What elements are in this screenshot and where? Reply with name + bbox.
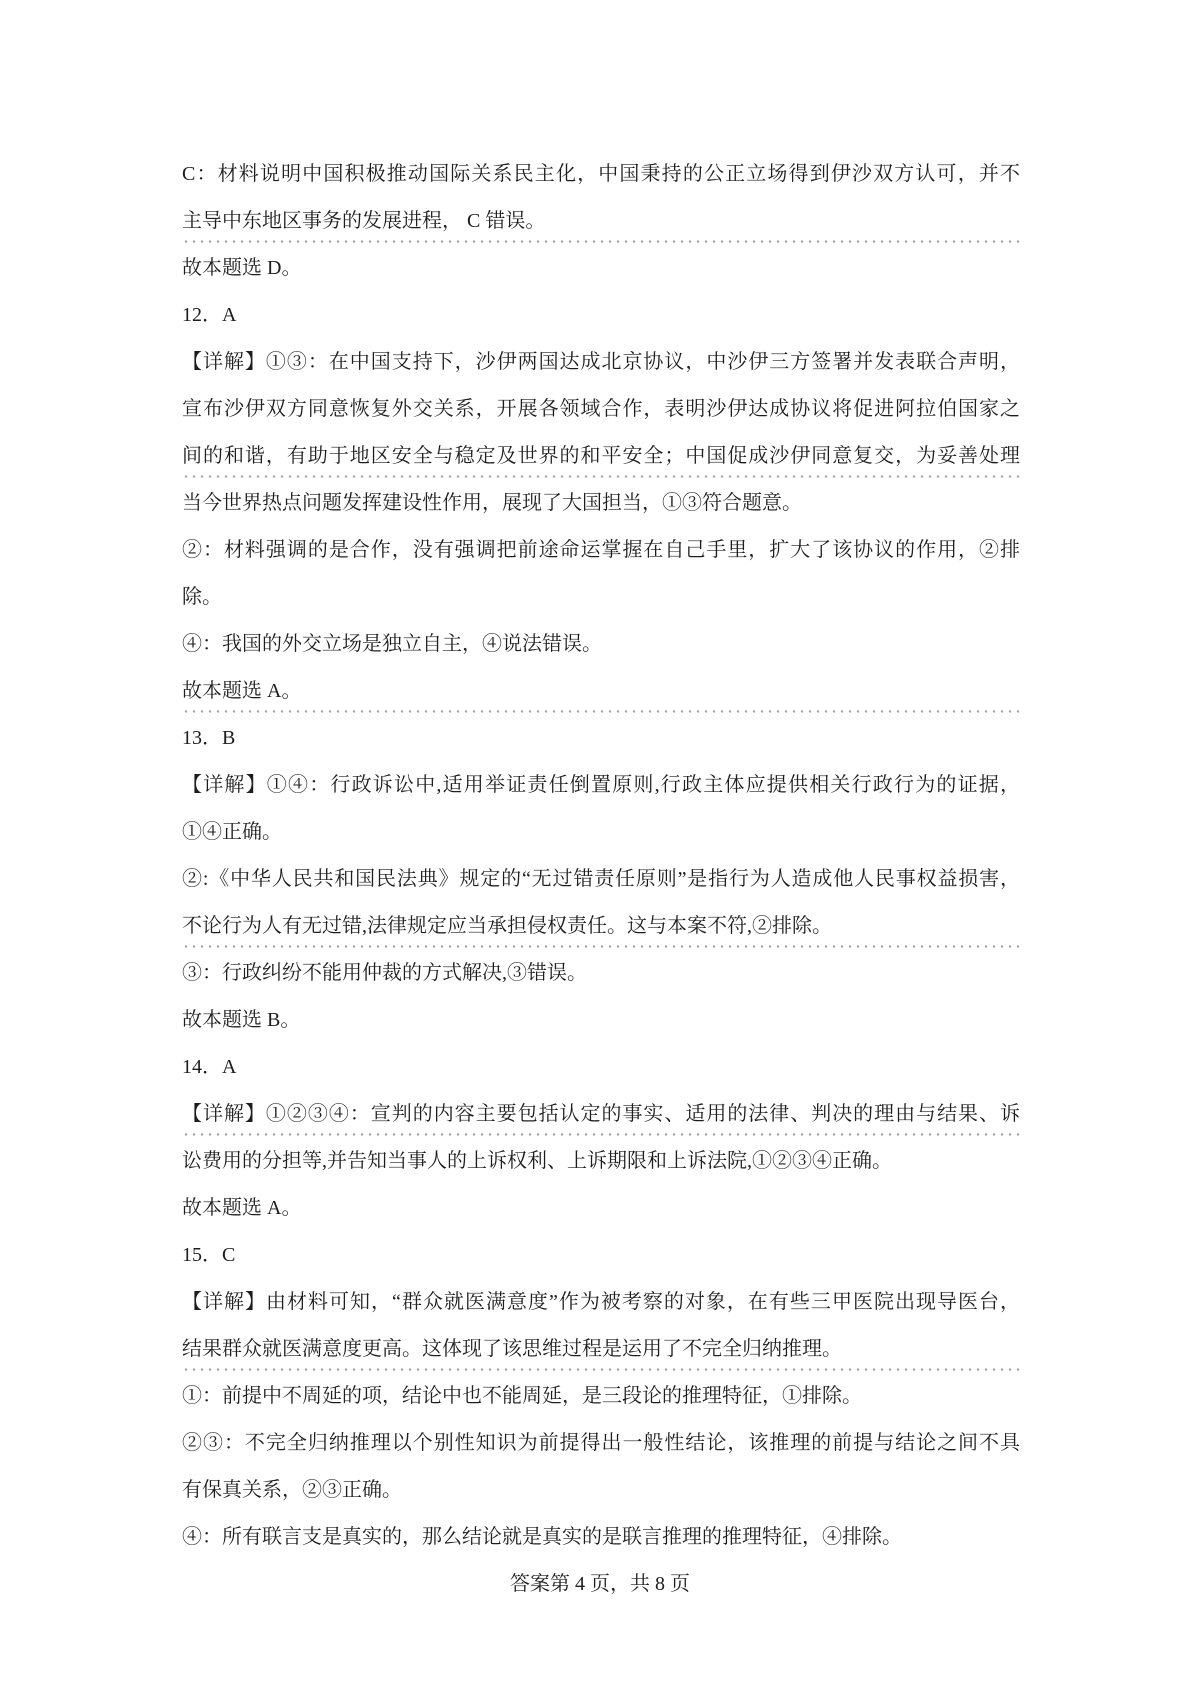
text-line: 间的和谐，有助于地区安全与稳定及世界的和平安全；中国促成沙伊同意复交，为妥善处理	[182, 433, 1020, 480]
page-footer: 答案第 4 页，共 8 页	[0, 1561, 1200, 1608]
text-line: 14．A	[182, 1044, 1020, 1091]
answer-sheet-page: C：材料说明中国积极推动国际关系民主化，中国秉持的公正立场得到伊沙双方认可，并不…	[0, 0, 1200, 1698]
text-line: 故本题选 A。	[182, 1185, 1020, 1232]
text-line: 主导中东地区事务的发展进程， C 错误。	[182, 198, 1020, 245]
text-line: 有保真关系，②③正确。	[182, 1467, 1020, 1514]
text-line: 故本题选 D。	[182, 245, 1020, 292]
text-line: 除。	[182, 574, 1020, 621]
dotted-divider-line	[182, 1133, 1020, 1136]
text-line: 12．A	[182, 292, 1020, 339]
dotted-divider-line	[182, 1368, 1020, 1371]
text-line: 不论行为人有无过错,法律规定应当承担侵权责任。这与本案不符,②排除。	[182, 903, 1020, 950]
text-line: 【详解】①④：行政诉讼中,适用举证责任倒置原则,行政主体应提供相关行政行为的证据…	[182, 762, 1020, 809]
text-line: ②③：不完全归纳推理以个别性知识为前提得出一般性结论，该推理的前提与结论之间不具	[182, 1420, 1020, 1467]
text-line: 故本题选 B。	[182, 997, 1020, 1044]
text-line: 讼费用的分担等,并告知当事人的上诉权利、上诉期限和上诉法院,①②③④正确。	[182, 1138, 1020, 1185]
text-line: C：材料说明中国积极推动国际关系民主化，中国秉持的公正立场得到伊沙双方认可，并不	[182, 151, 1020, 198]
dotted-divider-line	[182, 475, 1020, 478]
dotted-divider-line	[182, 240, 1020, 243]
text-line: 15．C	[182, 1232, 1020, 1279]
text-line: 当今世界热点问题发挥建设性作用，展现了大国担当，①③符合题意。	[182, 480, 1020, 527]
text-line: ①：前提中不周延的项，结论中也不能周延，是三段论的推理特征，①排除。	[182, 1373, 1020, 1420]
text-line: 13．B	[182, 715, 1020, 762]
text-line: 【详解】①③：在中国支持下，沙伊两国达成北京协议，中沙伊三方签署并发表联合声明，	[182, 339, 1020, 386]
text-line: 故本题选 A。	[182, 668, 1020, 715]
text-line: 【详解】①②③④：宣判的内容主要包括认定的事实、适用的法律、判决的理由与结果、诉	[182, 1091, 1020, 1138]
text-line: ④：我国的外交立场是独立自主，④说法错误。	[182, 621, 1020, 668]
text-line: ④：所有联言支是真实的，那么结论就是真实的是联言推理的推理特征，④排除。	[182, 1514, 1020, 1561]
answer-content: C：材料说明中国积极推动国际关系民主化，中国秉持的公正立场得到伊沙双方认可，并不…	[182, 151, 1020, 1561]
text-line: 宣布沙伊双方同意恢复外交关系，开展各领域合作，表明沙伊达成协议将促进阿拉伯国家之	[182, 386, 1020, 433]
text-line: ③：行政纠纷不能用仲裁的方式解决,③错误。	[182, 950, 1020, 997]
text-line: ②:《中华人民共和国民法典》规定的“无过错责任原则”是指行为人造成他人民事权益损…	[182, 856, 1020, 903]
text-line: ②：材料强调的是合作，没有强调把前途命运掌握在自己手里，扩大了该协议的作用，②排	[182, 527, 1020, 574]
text-line: 结果群众就医满意度更高。这体现了该思维过程是运用了不完全归纳推理。	[182, 1326, 1020, 1373]
text-line: 【详解】由材料可知，“群众就医满意度”作为被考察的对象，在有些三甲医院出现导医台…	[182, 1279, 1020, 1326]
dotted-divider-line	[182, 710, 1020, 713]
text-line: ①④正确。	[182, 809, 1020, 856]
dotted-divider-line	[182, 945, 1020, 948]
